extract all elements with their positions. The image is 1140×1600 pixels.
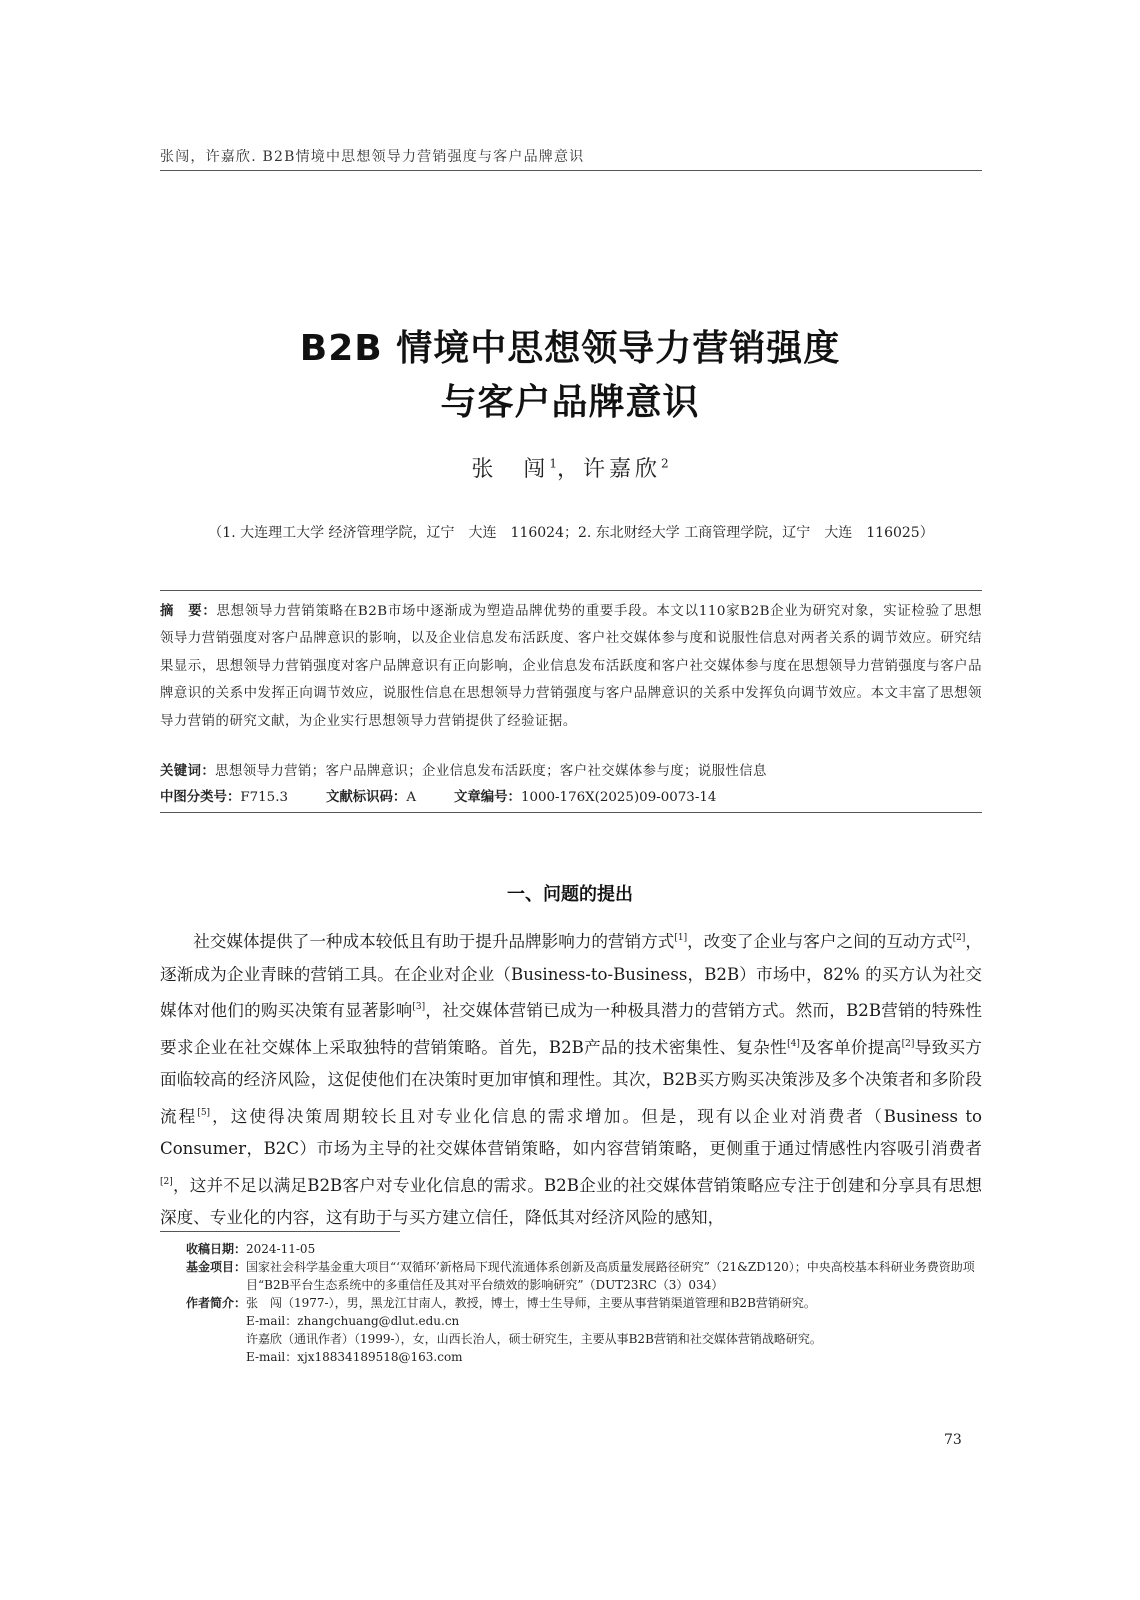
keywords-label: 关键词： bbox=[160, 764, 215, 779]
section-heading: 一、问题的提出 bbox=[160, 880, 980, 906]
header-divider bbox=[160, 170, 982, 171]
author-2-affil-mark: 2 bbox=[661, 457, 669, 471]
citation-ref: [2] bbox=[902, 1039, 915, 1049]
abstract: 摘 要：思想领导力营销策略在B2B市场中逐渐成为塑造品牌优势的重要手段。本文以1… bbox=[160, 598, 982, 735]
citation-ref: [3] bbox=[412, 1002, 425, 1012]
citation-ref: [4] bbox=[787, 1039, 800, 1049]
footnotes: 收稿日期： 2024-11-05 基金项目： 国家社会科学基金重大项目“‘双循环… bbox=[186, 1240, 982, 1366]
title-line-1: B2B 情境中思想领导力营销强度 bbox=[160, 322, 980, 376]
author-separator: ， bbox=[557, 457, 583, 482]
footnote-divider bbox=[160, 1231, 400, 1232]
article-title: B2B 情境中思想领导力营销强度 与客户品牌意识 bbox=[160, 322, 980, 430]
page-number: 73 bbox=[944, 1432, 962, 1448]
affiliations: （1. 大连理工大学 经济管理学院，辽宁 大连 116024；2. 东北财经大学… bbox=[160, 522, 982, 542]
citation-ref: [2] bbox=[953, 933, 966, 943]
body-text-run: ，这并不足以满足B2B客户对专业化信息的需求。B2B企业的社交媒体营销策略应专注… bbox=[160, 1176, 982, 1228]
body-text-run: 及客单价提高 bbox=[800, 1038, 902, 1057]
article-no-label: 文章编号： bbox=[454, 790, 521, 805]
doc-code-value: A bbox=[406, 790, 416, 805]
author-list: 张 闯1，许嘉欣2 bbox=[160, 452, 980, 483]
bio-author-2: 许嘉欣（通讯作者）（1999-），女，山西长治人，硕士研究生，主要从事B2B营销… bbox=[246, 1330, 982, 1348]
keywords: 关键词：思想领导力营销；客户品牌意识；企业信息发布活跃度；客户社交媒体参与度；说… bbox=[160, 760, 982, 779]
fund-project: 基金项目： 国家社会科学基金重大项目“‘双循环’新格局下现代流通体系创新及高质量… bbox=[186, 1258, 982, 1294]
bio-label: 作者简介： bbox=[186, 1294, 246, 1366]
received-label: 收稿日期： bbox=[186, 1240, 246, 1258]
bio-values: 张 闯（1977-），男，黑龙江甘南人，教授，博士，博士生导师，主要从事营销渠道… bbox=[246, 1294, 982, 1366]
fund-label: 基金项目： bbox=[186, 1258, 246, 1294]
keywords-text: 思想领导力营销；客户品牌意识；企业信息发布活跃度；客户社交媒体参与度；说服性信息 bbox=[215, 764, 767, 779]
abstract-label: 摘 要： bbox=[160, 604, 217, 619]
author-1-affil-mark: 1 bbox=[549, 457, 557, 471]
body-text: 社交媒体提供了一种成本较低且有助于提升品牌影响力的营销方式[1]，改变了企业与客… bbox=[160, 922, 982, 1235]
author-1: 张 闯 bbox=[471, 457, 549, 482]
citation-ref: [5] bbox=[197, 1108, 210, 1118]
received-date: 收稿日期： 2024-11-05 bbox=[186, 1240, 982, 1258]
author-bio: 作者简介： 张 闯（1977-），男，黑龙江甘南人，教授，博士，博士生导师，主要… bbox=[186, 1294, 982, 1366]
email-author-2: E-mail：xjx18834189518@163.com bbox=[246, 1348, 982, 1366]
body-text-run: ，这使得决策周期较长且对专业化信息的需求增加。但是，现有以企业对消费者（Busi… bbox=[160, 1107, 982, 1159]
received-value: 2024-11-05 bbox=[246, 1240, 982, 1258]
body-paragraph: 社交媒体提供了一种成本较低且有助于提升品牌影响力的营销方式[1]，改变了企业与客… bbox=[160, 922, 982, 1235]
fund-value: 国家社会科学基金重大项目“‘双循环’新格局下现代流通体系创新及高质量发展路径研究… bbox=[246, 1258, 982, 1294]
clc-label: 中图分类号： bbox=[160, 790, 240, 805]
title-line-2: 与客户品牌意识 bbox=[160, 376, 980, 430]
bio-author-1: 张 闯（1977-），男，黑龙江甘南人，教授，博士，博士生导师，主要从事营销渠道… bbox=[246, 1294, 982, 1312]
running-head: 张闯，许嘉欣. B2B情境中思想领导力营销强度与客户品牌意识 bbox=[160, 146, 980, 166]
body-text-run: 社交媒体提供了一种成本较低且有助于提升品牌影响力的营销方式 bbox=[193, 932, 674, 951]
abstract-bottom-divider bbox=[160, 812, 982, 813]
body-text-run: ，改变了企业与客户之间的互动方式 bbox=[687, 932, 953, 951]
abstract-text: 思想领导力营销策略在B2B市场中逐渐成为塑造品牌优势的重要手段。本文以110家B… bbox=[160, 604, 982, 729]
article-no-value: 1000-176X(2025)09-0073-14 bbox=[521, 790, 716, 805]
email-author-1: E-mail：zhangchuang@dlut.edu.cn bbox=[246, 1312, 982, 1330]
author-2: 许嘉欣 bbox=[583, 457, 661, 482]
classification-line: 中图分类号：F715.3文献标识码：A文章编号：1000-176X(2025)0… bbox=[160, 786, 982, 805]
clc-value: F715.3 bbox=[240, 790, 288, 805]
citation-ref: [2] bbox=[160, 1177, 173, 1187]
doc-code-label: 文献标识码： bbox=[326, 790, 406, 805]
citation-ref: [1] bbox=[674, 933, 687, 943]
abstract-top-divider bbox=[160, 590, 982, 591]
